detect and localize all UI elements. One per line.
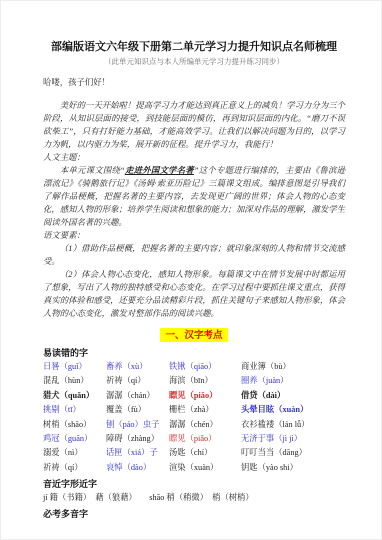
word-entry: 溺爱（nì） (43, 446, 106, 460)
humanities-text-after: ”这个专题进行编排的，主要由《鲁滨逊漂流记》《骑鹅旅行记》《汤姆·索亚历险记》三… (43, 166, 345, 227)
word-entry: 混乱（hùn） (43, 374, 106, 388)
elements-item-1: （1）借助作品梗概，把握名著的主要内容；就印象深刻的人物和情节交流感受。 (43, 242, 345, 268)
word-entry: 瞟见（piǎo） (169, 389, 241, 403)
intro-paragraph: 美好的一天开始啦！提高学习力才能达到真正意义上的减负！学习力分为三个阶段，从知识… (43, 99, 345, 151)
page-subtitle: （此单元知识点与本人所编单元学习力提升练习同步） (43, 57, 345, 66)
word-entry: 哀悼（dào） (106, 461, 169, 475)
word-entry: 借贷（dài） (241, 389, 345, 403)
greeting-line: 哈喽，孩子们好！ (43, 76, 345, 89)
word-entry: 祈祷（qí） (106, 374, 169, 388)
word-entry: 海滨（bīn） (169, 374, 241, 388)
word-entry: 鸡冠（guān） (43, 432, 106, 446)
word-entry: 头晕目眩（xuàn） (241, 403, 345, 417)
unit-theme-highlight: 走进外国文学名著 (125, 166, 194, 175)
word-entry: 栅栏（zhà） (169, 403, 241, 417)
word-entry: 商业簿（bù） (241, 360, 345, 374)
word-entry: 覆盖（fù） (106, 403, 169, 417)
word-entry: 汤匙（chí） (169, 446, 241, 460)
word-entry: 畜养（xù） (106, 360, 169, 374)
homophone-line: jí 籍（书籍） 藉（狼藉） shāo 稍（稍微） 梢（树梢） (43, 491, 345, 505)
subhead-misread-words: 易读错的字 (43, 346, 345, 360)
page-title: 部编版语文六年级下册第二单元学习力提升知识点名师梳理 (43, 41, 345, 54)
word-entry: 话匣（xiá）子 (106, 446, 169, 460)
humanities-paragraph: 本单元课文围绕“走进外国文学名著”这个专题进行编排的，主要由《鲁滨逊漂流记》《骑… (43, 164, 345, 229)
word-entry: 猎犬（quǎn） (43, 389, 106, 403)
word-entry: 叮叮当当（dāng） (241, 446, 345, 460)
word-entry: 障碍（zhàng） (106, 432, 169, 446)
humanities-text-before: 本单元课文围绕“ (60, 166, 125, 175)
misread-words-grid: 日晷（guǐ）畜养（xù）铁锹（qiāo）商业簿（bù）混乱（hùn）祈祷（qí… (43, 360, 345, 475)
word-entry: 日晷（guǐ） (43, 360, 106, 374)
word-entry: 瞟见（piǎo） (169, 432, 241, 446)
document-page: 部编版语文六年级下册第二单元学习力提升知识点名师梳理 （此单元知识点与本人所编单… (0, 0, 382, 540)
word-entry: 刨（páo）虫子 (106, 418, 169, 432)
section-heading-hanzi: 一、汉字考点 (160, 328, 227, 342)
word-entry: 钥匙（yào shi） (241, 461, 345, 475)
section-heading-wrap: 一、汉字考点 (43, 325, 345, 343)
word-entry: 无济于事（jì jì） (241, 432, 345, 446)
word-entry: 衣衫褴褛（lán lǚ） (241, 418, 345, 432)
elements-label: 语文要素： (43, 229, 345, 242)
word-entry: 潺潺（chén） (169, 418, 241, 432)
word-entry: 树梢（shāo） (43, 418, 106, 432)
word-entry: 铁锹（qiāo） (169, 360, 241, 374)
humanities-label: 人文主题： (43, 151, 345, 164)
subhead-polyphone: 必考多音字 (43, 507, 345, 521)
word-entry: 渲染（xuàn） (169, 461, 241, 475)
subhead-homophone: 音近字形近字 (43, 477, 345, 491)
word-entry: 祈祷（qí） (43, 461, 106, 475)
word-entry: 挑剔（tī） (43, 403, 106, 417)
word-entry: 圈养（juàn） (241, 374, 345, 388)
word-entry: 潺潺（chán） (106, 389, 169, 403)
elements-item-2: （2）体会人物心态变化，感知人物形象。每篇课文中在情节发展中时都运用了想象，写出… (43, 268, 345, 320)
